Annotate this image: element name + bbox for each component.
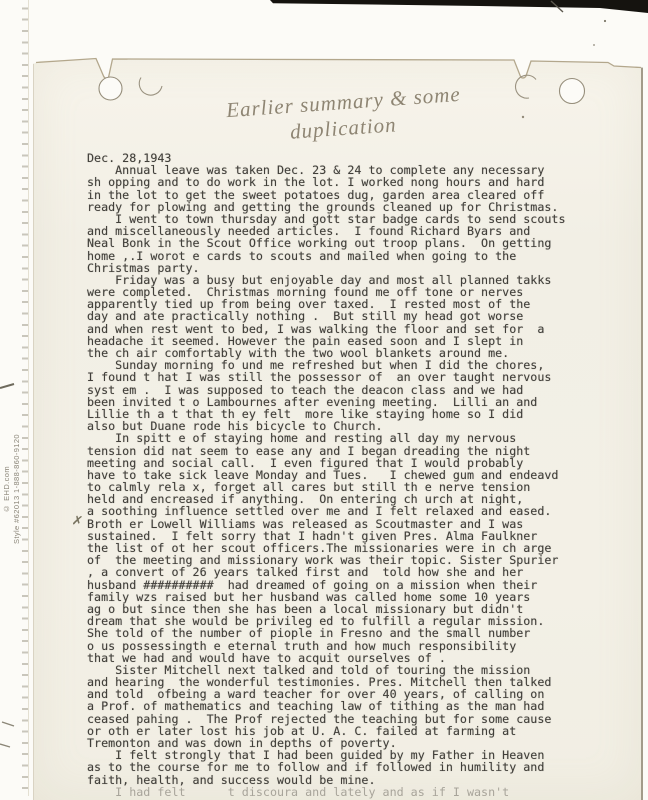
typed-line: a Prof. of mathematics and teaching law …: [87, 700, 632, 712]
side-label-url: © EHD.com: [2, 466, 11, 513]
typed-line: home ,.I worot e cards to scouts and mai…: [87, 250, 632, 262]
typed-line: , a convert of 26 years talked first and…: [87, 566, 632, 578]
typed-line: a soothing influence settled over me and…: [87, 505, 632, 517]
typed-line: faith, health, and success would be mine…: [87, 774, 632, 786]
typed-line: Neal Bonk in the Scout Office working ou…: [87, 237, 632, 249]
typed-line: I found t hat I was still the possessor …: [87, 371, 632, 383]
binder-crescent-left: [139, 78, 162, 96]
paper-speck: [604, 20, 606, 22]
paper-speck: [593, 44, 595, 46]
torn-edge-line: [36, 59, 641, 79]
punch-hole-left: [99, 77, 122, 100]
typed-line: ceased pahing . The Prof rejected the te…: [87, 713, 632, 725]
side-label-style-number: Style #62013 1-888-860-9120: [12, 434, 21, 544]
scanner-background-above-edge: [33, 0, 648, 79]
typed-line: sh opping and to do work in the lot. I w…: [87, 176, 632, 188]
typed-line: and when rest went to bed, I was walking…: [87, 323, 632, 335]
typed-line: In spitt e of staying home and resting a…: [87, 432, 632, 444]
typed-line: I had felt t discoura and lately and as …: [87, 786, 632, 798]
punch-hole-right: [560, 79, 585, 104]
typed-line: o us possessingth e eternal truth and ho…: [87, 640, 632, 652]
typed-line: syst em . I was supposed to teach the de…: [87, 384, 632, 396]
typed-line: She told of the number of piople in Fres…: [87, 627, 632, 639]
typed-text-block: Dec. 28,1943 Annual leave was taken Dec.…: [87, 152, 632, 798]
pencil-dash-left-margin: [0, 384, 14, 388]
typed-line: in the lot to get the sweet potatoes dug…: [87, 189, 632, 201]
perforation-ticks: [22, 0, 29, 796]
typed-line: as to the course for me to follow and if…: [87, 761, 632, 773]
typed-line: Broth er Lowell Williams was released as…: [87, 518, 632, 530]
stray-mark-bottom-left: [0, 722, 14, 747]
typed-line: husband ########## had dreamed of going …: [87, 579, 632, 591]
binder-crescent-right: [516, 75, 536, 98]
typed-line: day and ate practically nothing . But st…: [87, 310, 632, 322]
typed-line: tension did nat seem to ease any and I b…: [87, 445, 632, 457]
scan-canvas: { "colors": { "paper": "#f3f0e6", "scann…: [0, 0, 648, 800]
side-vendor-label: © EHD.com Style #62013 1-888-860-9120: [0, 414, 22, 564]
paper-speck: [522, 116, 524, 118]
